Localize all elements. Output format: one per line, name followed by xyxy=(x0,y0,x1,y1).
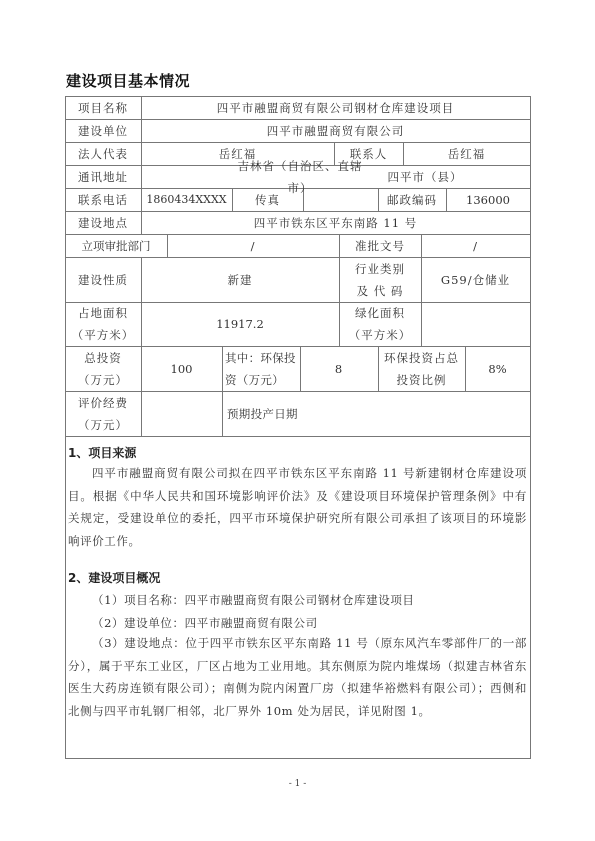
invest-value: 100 xyxy=(141,346,222,391)
section-2-item-1: （1）项目名称：四平市融盟商贸有限公司钢材仓库建设项目 xyxy=(92,592,415,608)
fax-value xyxy=(303,188,378,211)
contact-value: 岳红福 xyxy=(403,142,530,165)
builder-value: 四平市融盟商贸有限公司 xyxy=(141,119,530,142)
section-1-title: 1、项目来源 xyxy=(68,444,136,461)
env-invest-label: 其中：环保投 资（万元） xyxy=(222,346,300,391)
env-invest-label-line1: 其中：环保投 xyxy=(225,347,296,369)
env-invest-label-line2: 资（万元） xyxy=(225,369,284,391)
approval-no-label: 准批文号 xyxy=(339,234,421,257)
green-label-line2: （平方米） xyxy=(349,324,412,346)
industry-value: G59/仓储业 xyxy=(421,257,530,302)
green-label: 绿化面积 （平方米） xyxy=(339,302,421,346)
eval-fee-label-line2: （万元） xyxy=(78,414,128,436)
project-name-value: 四平市融盟商贸有限公司钢材仓库建设项目 xyxy=(141,96,530,119)
builder-label: 建设单位 xyxy=(65,119,141,142)
site-value: 四平市铁东区平东南路 11 号 xyxy=(141,211,530,234)
approval-dept-label: 立项审批部门 xyxy=(65,234,167,257)
invest-label-line2: （万元） xyxy=(78,369,128,391)
green-label-line1: 绿化面积 xyxy=(355,302,405,324)
env-invest-value: 8 xyxy=(300,346,378,391)
nature-value: 新建 xyxy=(141,257,339,302)
area-value: 11917.2 xyxy=(141,302,339,346)
industry-label-line2: 及 代 码 xyxy=(357,280,404,302)
approval-dept-value: / xyxy=(167,234,339,257)
address-label: 通讯地址 xyxy=(65,165,141,188)
area-label-line1: 占地面积 xyxy=(78,302,128,324)
page-title: 建设项目基本情况 xyxy=(66,70,190,91)
env-ratio-label: 环保投资占总 投资比例 xyxy=(378,346,465,391)
section-2-item-3: （3）建设地点：位于四平市铁东区平东南路 11 号（原东风汽车零部件厂的一部分）… xyxy=(68,632,527,722)
divider xyxy=(65,436,531,437)
eval-fee-label: 评价经费 （万元） xyxy=(65,391,141,436)
address-city: 四平市（县） xyxy=(385,165,465,188)
fax-label: 传真 xyxy=(232,188,303,211)
postcode-value: 136000 xyxy=(446,188,530,211)
phone-label: 联系电话 xyxy=(65,188,141,211)
area-label: 占地面积 （平方米） xyxy=(65,302,141,346)
prod-date-value xyxy=(322,391,530,436)
area-label-line2: （平方米） xyxy=(72,324,135,346)
site-label: 建设地点 xyxy=(65,211,141,234)
section-2-title: 2、建设项目概况 xyxy=(68,569,160,586)
invest-label-line1: 总投资 xyxy=(84,347,122,369)
phone-value: 1860434XXXX xyxy=(141,188,232,211)
approval-no-value: / xyxy=(421,234,530,257)
legal-rep-label: 法人代表 xyxy=(65,142,141,165)
address-province: 吉林省（自治区、直辖市） xyxy=(230,165,370,188)
eval-fee-label-line1: 评价经费 xyxy=(78,392,128,414)
invest-label: 总投资 （万元） xyxy=(65,346,141,391)
env-ratio-label-line1: 环保投资占总 xyxy=(384,347,459,369)
industry-label: 行业类别 及 代 码 xyxy=(339,257,421,302)
project-name-label: 项目名称 xyxy=(65,96,141,119)
env-ratio-value: 8% xyxy=(465,346,530,391)
divider xyxy=(65,758,531,759)
divider xyxy=(530,96,531,759)
section-2-item-2: （2）建设单位：四平市融盟商贸有限公司 xyxy=(92,615,318,631)
section-1-text: 四平市融盟商贸有限公司拟在四平市铁东区平东南路 11 号新建钢材仓库建设项目。根… xyxy=(68,462,527,552)
prod-date-label: 预期投产日期 xyxy=(222,391,322,436)
eval-fee-value xyxy=(141,391,222,436)
postcode-label: 邮政编码 xyxy=(378,188,446,211)
green-value xyxy=(421,302,530,346)
page-number: - 1 - xyxy=(0,779,595,789)
env-ratio-label-line2: 投资比例 xyxy=(397,369,447,391)
industry-label-line1: 行业类别 xyxy=(355,258,405,280)
nature-label: 建设性质 xyxy=(65,257,141,302)
